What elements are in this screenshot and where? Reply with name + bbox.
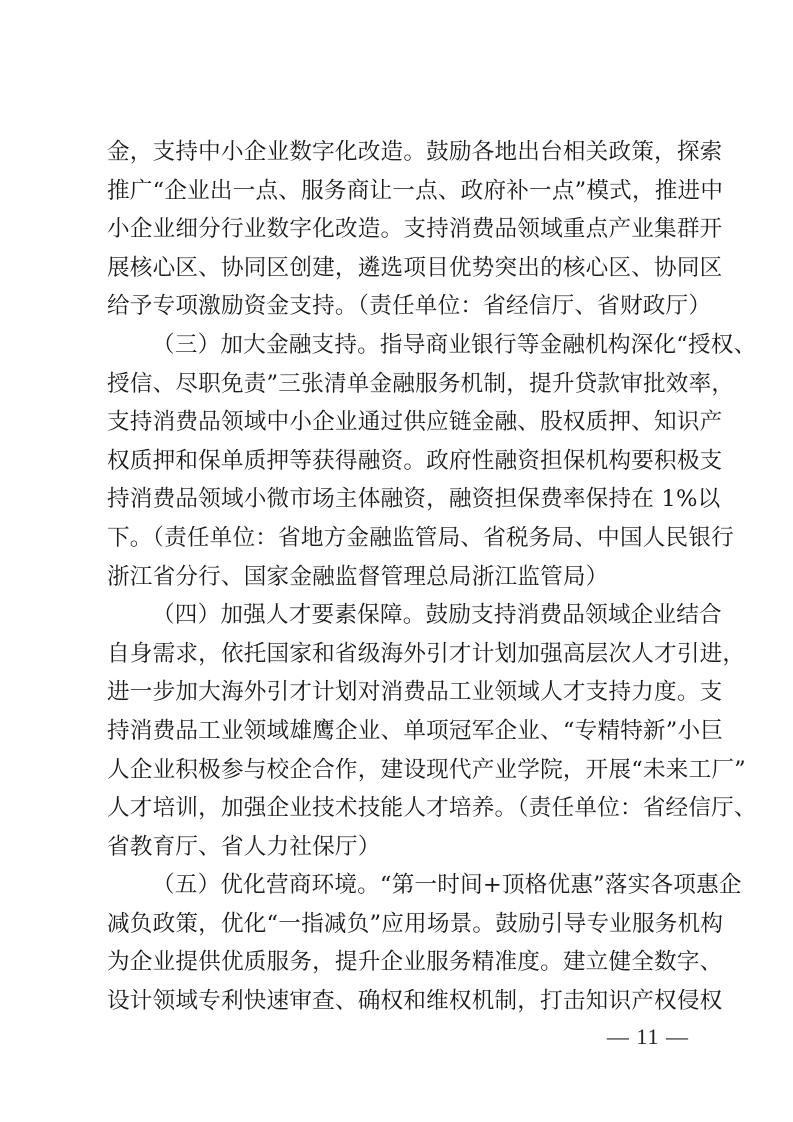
text-line: 支持消费品领域中小企业通过供应链金融、股权质押、知识产 xyxy=(107,403,695,442)
paragraph-section-3: （三）加大金融支持。指导商业银行等金融机构深化“授权、 授信、尽职免责”三张清单… xyxy=(107,326,695,596)
text-line: 权质押和保单质押等获得融资。政府性融资担保机构要积极支 xyxy=(107,442,695,481)
text-line: 进一步加大海外引才计划对消费品工业领域人才支持力度。支 xyxy=(107,673,695,712)
text-line: 推广“企业出一点、服务商让一点、政府补一点”模式，推进中 xyxy=(107,172,695,211)
text-line: 减负政策，优化“一指减负”应用场景。鼓励引导专业服务机构 xyxy=(107,905,695,944)
paragraph-section-5: （五）优化营商环境。“第一时间+顶格优惠”落实各项惠企 减负政策，优化“一指减负… xyxy=(107,866,695,1020)
page-number: — 11 — xyxy=(607,1024,689,1050)
text-line: 自身需求，依托国家和省级海外引才计划加强高层次人才引进， xyxy=(107,635,695,674)
text-line: 持消费品工业领域雄鹰企业、单项冠军企业、“专精特新”小巨 xyxy=(107,712,695,751)
text-line: 给予专项激励资金支持。（责任单位：省经信厅、省财政厅） xyxy=(107,287,695,326)
text-line: 设计领域专利快速审查、确权和维权机制，打击知识产权侵权 xyxy=(107,982,695,1021)
text-line: 持消费品领域小微市场主体融资，融资担保费率保持在 1%以 xyxy=(107,480,695,519)
document-page: 金，支持中小企业数字化改造。鼓励各地出台相关政策，探索 推广“企业出一点、服务商… xyxy=(0,0,793,1122)
text-line: 为企业提供优质服务，提升企业服务精准度。建立健全数字、 xyxy=(107,943,695,982)
text-line: 下。（责任单位：省地方金融监管局、省税务局、中国人民银行 xyxy=(107,519,695,558)
section-heading-line: （四）加强人才要素保障。鼓励支持消费品领域企业结合 xyxy=(107,596,695,635)
text-line: 省教育厅、省人力社保厅） xyxy=(107,828,695,867)
document-body: 金，支持中小企业数字化改造。鼓励各地出台相关政策，探索 推广“企业出一点、服务商… xyxy=(107,133,695,1021)
paragraph-continuation: 金，支持中小企业数字化改造。鼓励各地出台相关政策，探索 推广“企业出一点、服务商… xyxy=(107,133,695,326)
text-line: 人企业积极参与校企合作，建设现代产业学院，开展“未来工厂” xyxy=(107,751,695,790)
text-line: 小企业细分行业数字化改造。支持消费品领域重点产业集群开 xyxy=(107,210,695,249)
paragraph-section-4: （四）加强人才要素保障。鼓励支持消费品领域企业结合 自身需求，依托国家和省级海外… xyxy=(107,596,695,866)
text-line: 浙江省分行、国家金融监督管理总局浙江监管局） xyxy=(107,558,695,597)
text-line: 展核心区、协同区创建，遴选项目优势突出的核心区、协同区 xyxy=(107,249,695,288)
text-line: 人才培训，加强企业技术技能人才培养。（责任单位：省经信厅、 xyxy=(107,789,695,828)
section-heading-line: （三）加大金融支持。指导商业银行等金融机构深化“授权、 xyxy=(107,326,695,365)
section-heading-line: （五）优化营商环境。“第一时间+顶格优惠”落实各项惠企 xyxy=(107,866,695,905)
text-line: 金，支持中小企业数字化改造。鼓励各地出台相关政策，探索 xyxy=(107,133,695,172)
text-line: 授信、尽职免责”三张清单金融服务机制，提升贷款审批效率， xyxy=(107,365,695,404)
